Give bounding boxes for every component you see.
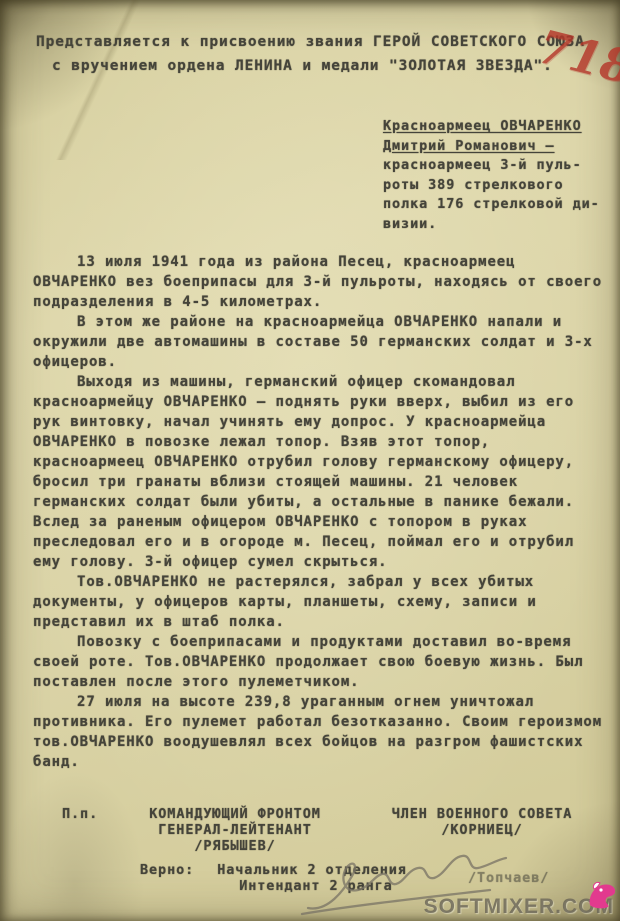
award-header-line-2: с вручением ордена ЛЕНИНА и медали "ЗОЛО… <box>52 54 596 78</box>
body-paragraph: Повозку с боеприпасами и продуктами дост… <box>33 632 605 692</box>
addressee-line: Красноармеец ОВЧАРЕНКО <box>383 117 611 137</box>
verno-label: Верно: <box>140 862 194 878</box>
softmixer-logo-icon <box>584 879 618 909</box>
red-page-number: 718 <box>533 19 620 95</box>
council-member-signature-block: ЧЛЕН ВОЕННОГО СОВЕТА /КОРНИЕЦ/ <box>372 806 592 838</box>
addressee-block: Красноармеец ОВЧАРЕНКО Дмитрий Романович… <box>383 117 611 234</box>
council-member-name: /КОРНИЕЦ/ <box>372 822 592 838</box>
body-paragraph: Тов.ОВЧАРЕНКО не растерялся, забрал у вс… <box>33 572 605 632</box>
commander-title-line-2: ГЕНЕРАЛ-ЛЕЙТЕНАНТ <box>120 822 350 838</box>
document-page: Представляется к присвоению звания ГЕРОЙ… <box>0 0 620 921</box>
body-paragraph: 13 июля 1941 года из района Песец, красн… <box>33 252 605 312</box>
addressee-line: визии. <box>383 215 611 235</box>
addressee-line: Дмитрий Романович – <box>383 137 611 157</box>
commander-signature-block: П.п. КОМАНДУЮЩИЙ ФРОНТОМ ГЕНЕРАЛ-ЛЕЙТЕНА… <box>62 806 362 854</box>
body-paragraph: 27 июля на высоте 239,8 ураганным огнем … <box>33 692 605 772</box>
award-header: Представляется к присвоению звания ГЕРОЙ… <box>36 30 596 78</box>
addressee-line: красноармеец 3-й пуль- <box>383 156 611 176</box>
addressee-line: роты 389 стрелкового <box>383 176 611 196</box>
pp-label: П.п. <box>62 806 98 822</box>
document-body: 13 июля 1941 года из района Песец, красн… <box>33 252 605 772</box>
commander-title-line-1: КОМАНДУЮЩИЙ ФРОНТОМ <box>120 806 350 822</box>
council-member-title: ЧЛЕН ВОЕННОГО СОВЕТА <box>372 806 592 822</box>
addressee-line: полка 176 стрелковой ди- <box>383 195 611 215</box>
body-paragraph: Выходя из машины, германский офицер ском… <box>33 372 605 572</box>
award-header-line-1: Представляется к присвоению звания ГЕРОЙ… <box>36 30 596 54</box>
body-paragraph: В этом же районе на красноармейца ОВЧАРЕ… <box>33 312 605 372</box>
